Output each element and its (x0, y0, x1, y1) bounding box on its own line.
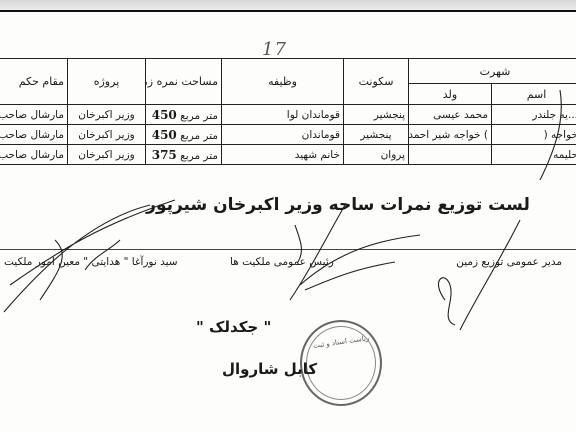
place-line-2: کابل شاروال (222, 360, 317, 378)
header-authority: مقام حکم (0, 59, 68, 105)
place-line-1: " جکدلک " (196, 318, 271, 336)
cell-father: محمد عیسی (409, 105, 492, 125)
cell-area: متر مربع 375 (146, 145, 222, 165)
cell-authority: مارشال صاحب (0, 105, 68, 125)
cell-name: خواجه ( (492, 125, 576, 145)
area-number: 450 (152, 128, 177, 142)
document-title: لست توزیع نمرات ساحه وزیر اکبرخان شیرپور (0, 195, 576, 215)
signatory-land-director: مدیر عمومی توزیع زمین (456, 256, 562, 268)
signatory-deputy: سید نورآغا " هدایتی " معین امور ملکیت (4, 256, 178, 268)
cell-authority: مارشال صاحب (0, 145, 68, 165)
page-number: 17 (262, 39, 287, 60)
cell-project: وزیر اکبرخان (68, 125, 146, 145)
area-number: 375 (152, 148, 177, 162)
signatory-property-head: رئیس عمومی ملکیت ها (230, 256, 334, 268)
cell-residence: پنجشیر (344, 125, 409, 145)
scan-edge-line (0, 10, 576, 12)
header-father: ولد (409, 84, 492, 105)
scan-top-border (0, 0, 576, 10)
cell-name: ...یه جلندر (492, 105, 576, 125)
area-unit: متر مربع (180, 130, 218, 142)
header-residence: سکونت (344, 59, 409, 105)
cell-authority: مارشال صاحب (0, 125, 68, 145)
header-name: اسم (492, 84, 576, 105)
cell-area: متر مربع 450 (146, 125, 222, 145)
cell-job: قوماندان (222, 125, 344, 145)
cell-project: وزیر اکبرخان (68, 145, 146, 165)
cell-residence: پروان (344, 145, 409, 165)
cell-area: متر مربع 450 (146, 105, 222, 125)
cell-father (409, 145, 492, 165)
document-title-text: لست توزیع نمرات ساحه وزیر اکبرخان شیرپور (146, 195, 530, 215)
area-unit: متر مربع (180, 150, 218, 162)
cell-father: ) خواجه شیر احمد (409, 125, 492, 145)
cell-name: حلیمه (492, 145, 576, 165)
header-project: پروژه (68, 59, 146, 105)
header-identity: شهرت (409, 59, 576, 84)
cell-project: وزیر اکبرخان (68, 105, 146, 125)
header-job: وظیفه (222, 59, 344, 105)
cell-residence: پنجشیر (344, 105, 409, 125)
header-area: مساحت نمره زمین (146, 59, 222, 105)
signature-divider (0, 249, 576, 250)
area-number: 450 (152, 108, 177, 122)
cell-job: خانم شهید (222, 145, 344, 165)
table-row: خواجه ( ) خواجه شیر احمد پنجشیر قوماندان… (0, 125, 576, 145)
area-unit: متر مربع (180, 110, 218, 122)
cell-job: قوماندان لوا (222, 105, 344, 125)
table-row: ...یه جلندر محمد عیسی پنجشیر قوماندان لو… (0, 105, 576, 125)
table-row: حلیمه پروان خانم شهید متر مربع 375 وزیر … (0, 145, 576, 165)
distribution-table: شهرت سکونت وظیفه مساحت نمره زمین پروژه م… (0, 58, 576, 165)
